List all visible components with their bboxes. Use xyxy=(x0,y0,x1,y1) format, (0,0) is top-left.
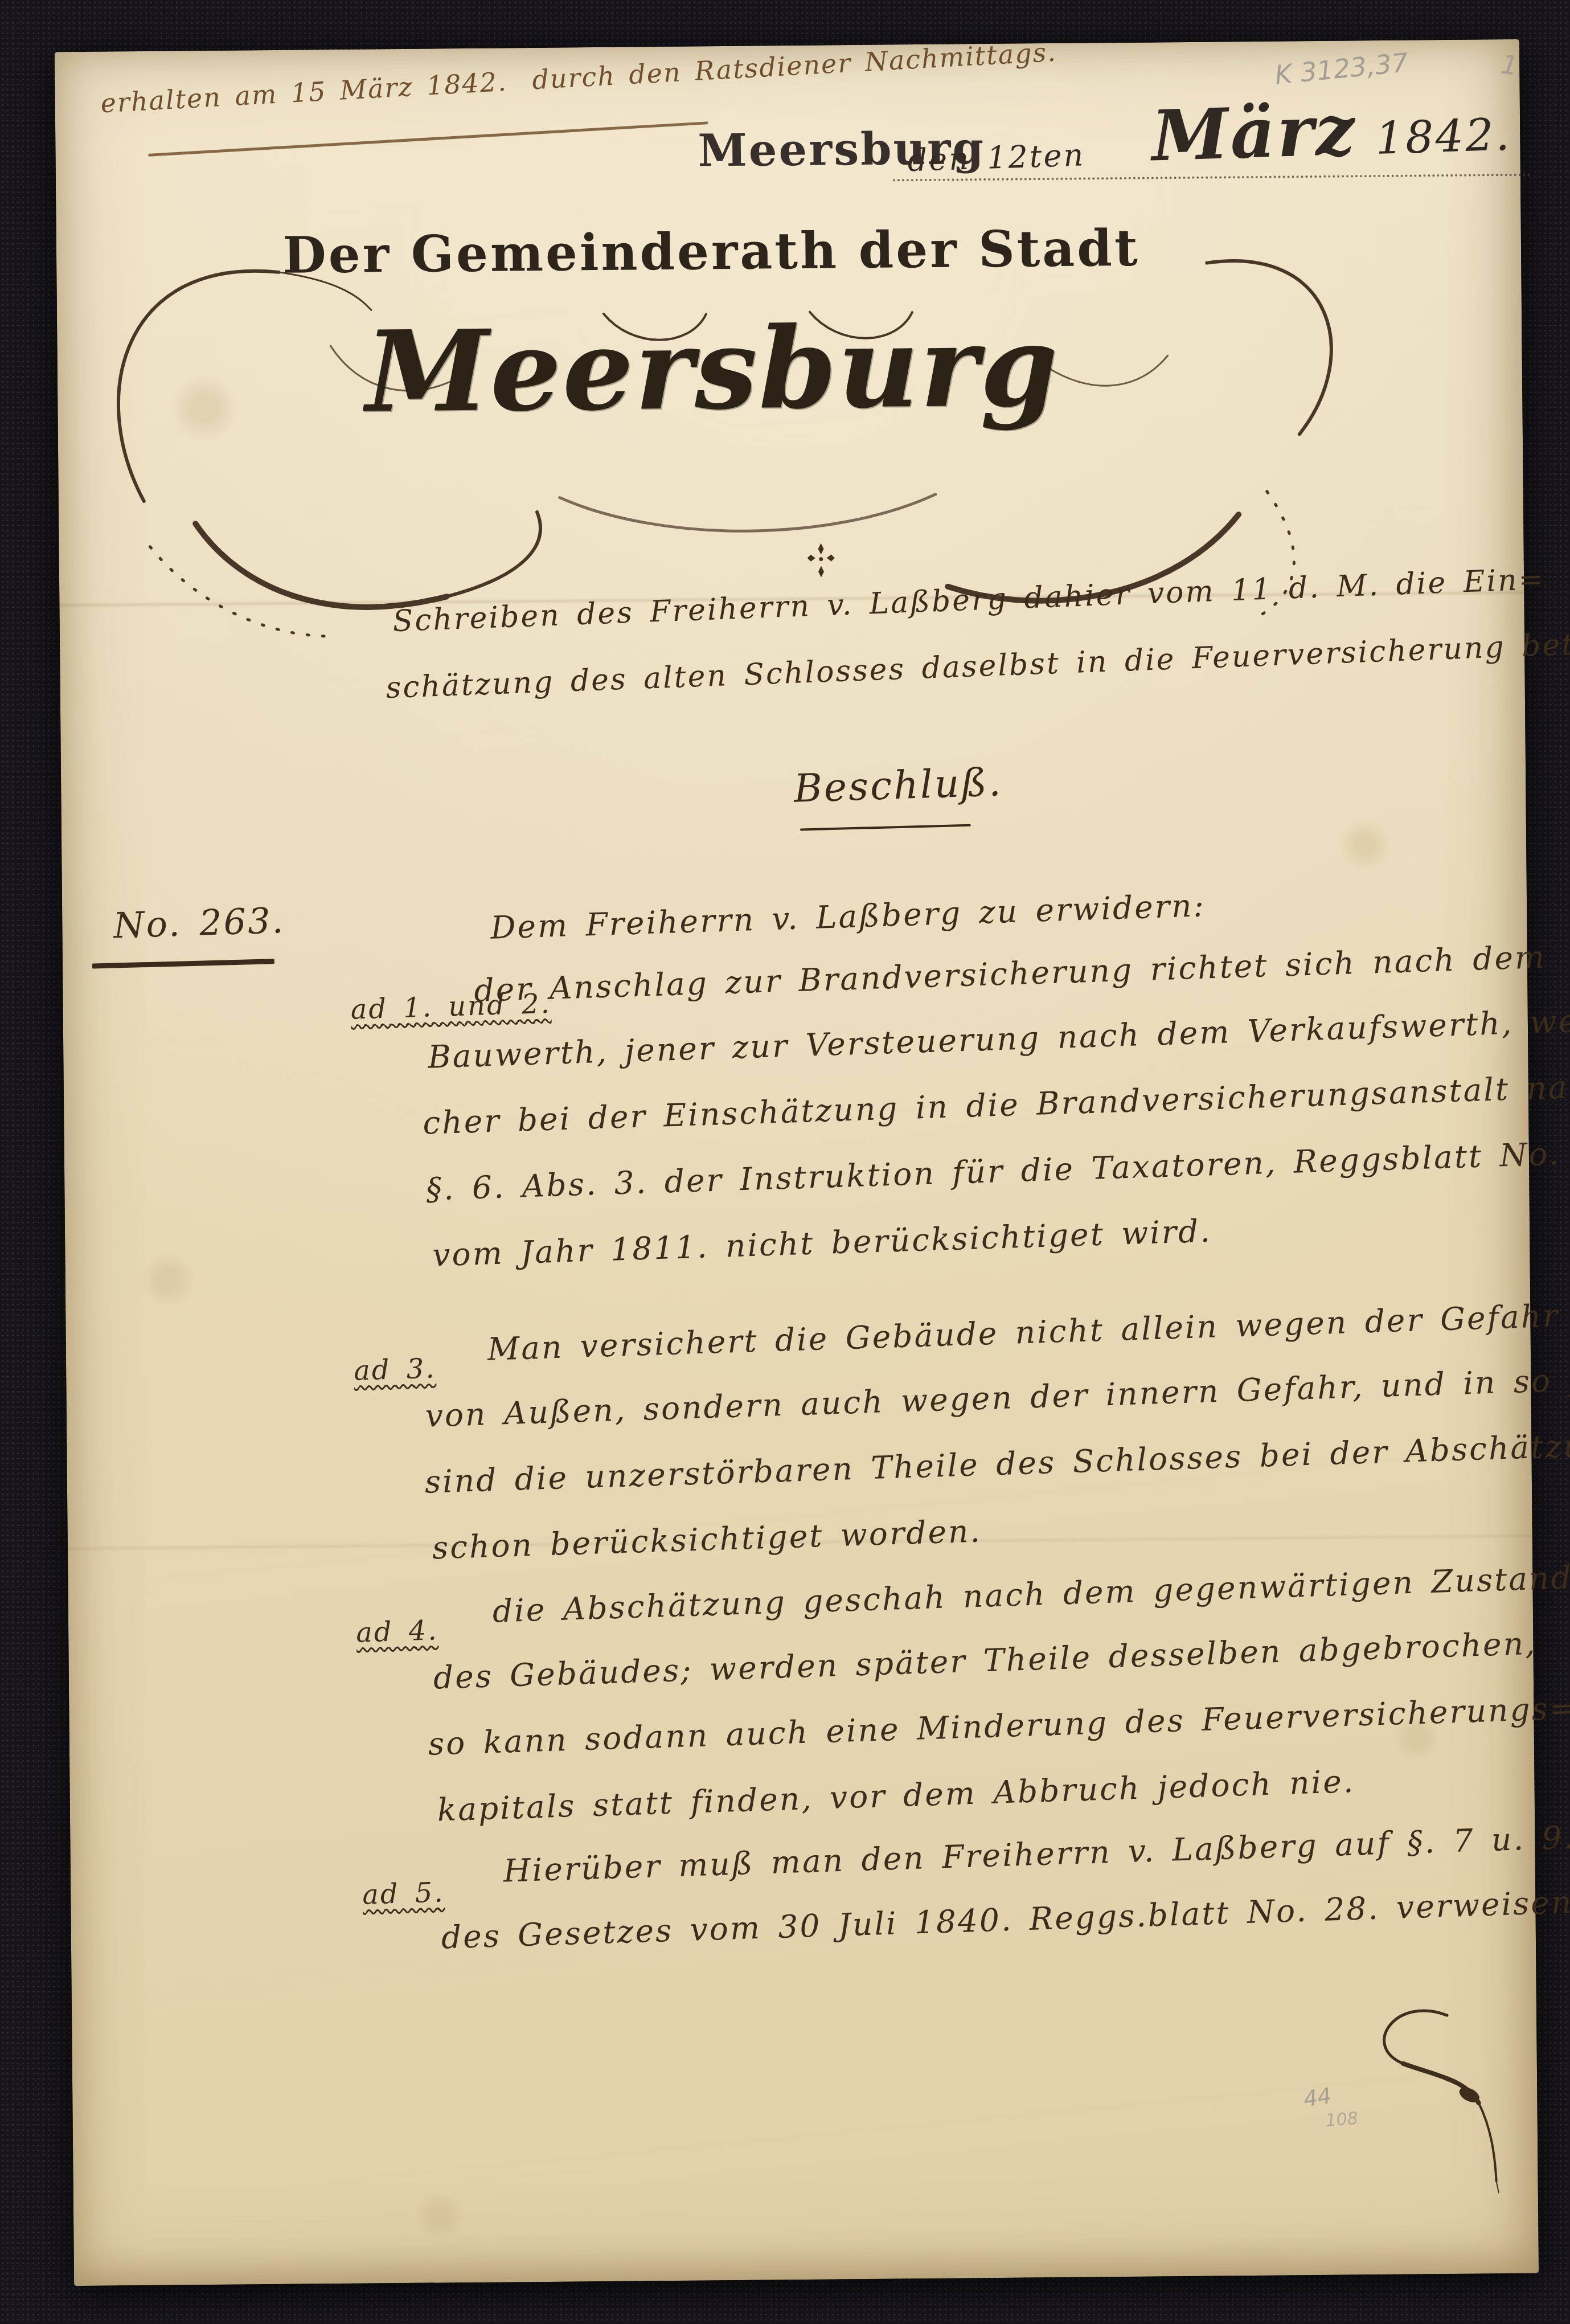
docket-number: No. 263. xyxy=(113,899,285,946)
body-opening-line: Dem Freiherrn v. Laßberg zu erwidern: xyxy=(490,887,1206,946)
section-ad-1-2-line: cher bei der Einschätzung in die Brandve… xyxy=(422,1067,1570,1141)
section-ad-3-line: Man versichert die Gebäude nicht allein … xyxy=(487,1298,1560,1368)
section-ad-5-line: Hierüber muß man den Freiherrn v. Laßber… xyxy=(503,1819,1570,1889)
letterhead-institution: Der Gemeinderath der Stadt xyxy=(170,217,1253,286)
dateline-dotted-rule xyxy=(893,151,1531,182)
section-ad-1-2-line: Bauwerth, jener zur Versteuerung nach de… xyxy=(427,1001,1570,1075)
section-label-ad-3: ad 3. xyxy=(353,1352,436,1387)
section-ad-3-line: schon berücksichtiget worden. xyxy=(432,1512,982,1566)
scan-background: erhalten am 15 März 1842.durch den Ratsd… xyxy=(0,0,1570,2324)
docket-number-underline xyxy=(92,959,274,968)
bottom-pencil-mark: 44 xyxy=(1302,2083,1333,2112)
received-annotation: erhalten am 15 März 1842.durch den Ratsd… xyxy=(100,36,1057,119)
received-annotation-date: erhalten am 15 März 1842. xyxy=(100,66,508,119)
section-ad-4-line: die Abschätzung geschah nach dem gegenwä… xyxy=(492,1559,1570,1630)
bottom-pencil-mark: 108 xyxy=(1325,2109,1359,2131)
section-ad-3-line: sind die unzerstörbaren Theile des Schlo… xyxy=(424,1426,1570,1500)
section-ad-1-2-line: der Anschlag zur Brandversicherung richt… xyxy=(473,939,1547,1009)
section-ad-4-line: kapitals statt finden, vor dem Abbruch j… xyxy=(437,1763,1355,1828)
section-label-ad-4: ad 4. xyxy=(355,1614,438,1649)
section-label-ad-5: ad 5. xyxy=(362,1876,445,1911)
received-annotation-via: durch den Ratsdiener Nachmittags. xyxy=(531,36,1057,96)
resolution-heading-underline xyxy=(800,824,971,831)
section-ad-3-line: von Außen, sondern auch wegen der innern… xyxy=(425,1360,1570,1434)
ink-flourish-mark xyxy=(1350,2004,1511,2199)
resolution-heading: Beschluß. xyxy=(738,758,1058,813)
letterhead-city: Meersburg xyxy=(171,299,1254,440)
section-ad-4-line: so kann sodann auch eine Minderung des F… xyxy=(428,1689,1570,1762)
document-page: erhalten am 15 März 1842.durch den Ratsd… xyxy=(55,39,1539,2286)
asterism-ornament xyxy=(806,542,836,578)
section-ad-4-line: des Gebäudes; werden später Theile desse… xyxy=(433,1625,1538,1696)
section-ad-1-2-line: §. 6. Abs. 3. der Instruktion für die Ta… xyxy=(425,1133,1570,1208)
received-annotation-underline xyxy=(148,121,708,157)
section-ad-5-line: des Gesetzes vom 30 Juli 1840. Reggs.bla… xyxy=(441,1883,1570,1955)
section-ad-1-2-line: vom Jahr 1811. nicht berücksichtiget wir… xyxy=(432,1213,1212,1274)
archive-reference-pencil: K 3123,37 xyxy=(1273,47,1409,90)
page-number-pencil: 1 xyxy=(1499,48,1520,81)
